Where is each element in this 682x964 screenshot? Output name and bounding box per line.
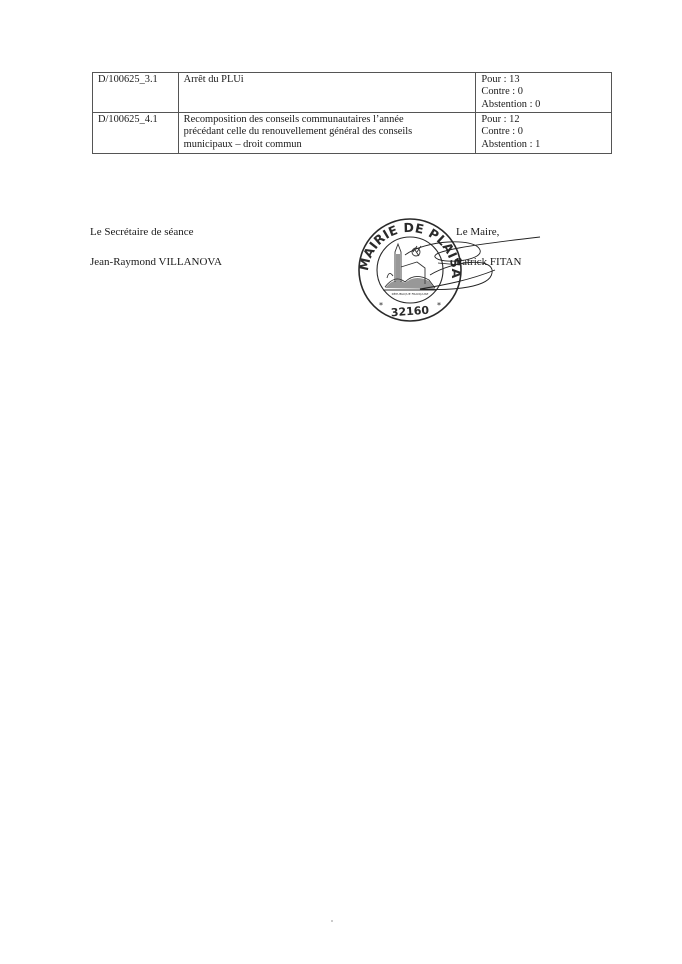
secretary-title: Le Secrétaire de séance [90, 226, 194, 238]
votes-for: Pour : 13 [481, 74, 606, 86]
table-row: D/100625_3.1 Arrêt du PLUi Pour : 13 Con… [93, 73, 612, 113]
deliberation-reference: D/100625_4.1 [93, 113, 179, 154]
official-seal-icon: MAIRIE DE PLAISANCE DU GERS RÉPUBLIQUE F… [355, 212, 465, 327]
secretary-name: Jean-Raymond VILLANOVA [90, 256, 222, 268]
deliberation-reference: D/100625_3.1 [93, 73, 179, 113]
svg-text:*: * [437, 301, 441, 310]
mayor-name: Patrick FITAN [456, 256, 521, 268]
votes-against: Contre : 0 [481, 86, 606, 98]
vote-results: Pour : 13 Contre : 0 Abstention : 0 [476, 73, 612, 113]
stamp-postal-code: 32160 [390, 304, 429, 320]
votes-abstention: Abstention : 0 [481, 99, 606, 111]
scan-speck [331, 920, 333, 922]
votes-for: Pour : 12 [481, 114, 606, 126]
deliberation-subject: Arrêt du PLUi [178, 73, 476, 113]
deliberation-subject: Recomposition des conseils communautaire… [178, 113, 476, 154]
table-row: D/100625_4.1 Recomposition des conseils … [93, 113, 612, 154]
deliberations-table: D/100625_3.1 Arrêt du PLUi Pour : 13 Con… [92, 72, 612, 154]
votes-abstention: Abstention : 1 [481, 139, 606, 151]
votes-against: Contre : 0 [481, 126, 606, 138]
stamp-inner-text: RÉPUBLIQUE FRANÇAISE [392, 291, 429, 296]
mayor-title: Le Maire, [456, 226, 499, 238]
svg-text:MAIRIE DE PLAISANCE DU GERS: MAIRIE DE PLAISANCE DU GERS [355, 212, 464, 279]
svg-text:*: * [379, 301, 383, 310]
stamp-outer-text: MAIRIE DE PLAISANCE DU GERS [355, 212, 464, 279]
document-page: D/100625_3.1 Arrêt du PLUi Pour : 13 Con… [0, 0, 682, 964]
vote-results: Pour : 12 Contre : 0 Abstention : 1 [476, 113, 612, 154]
